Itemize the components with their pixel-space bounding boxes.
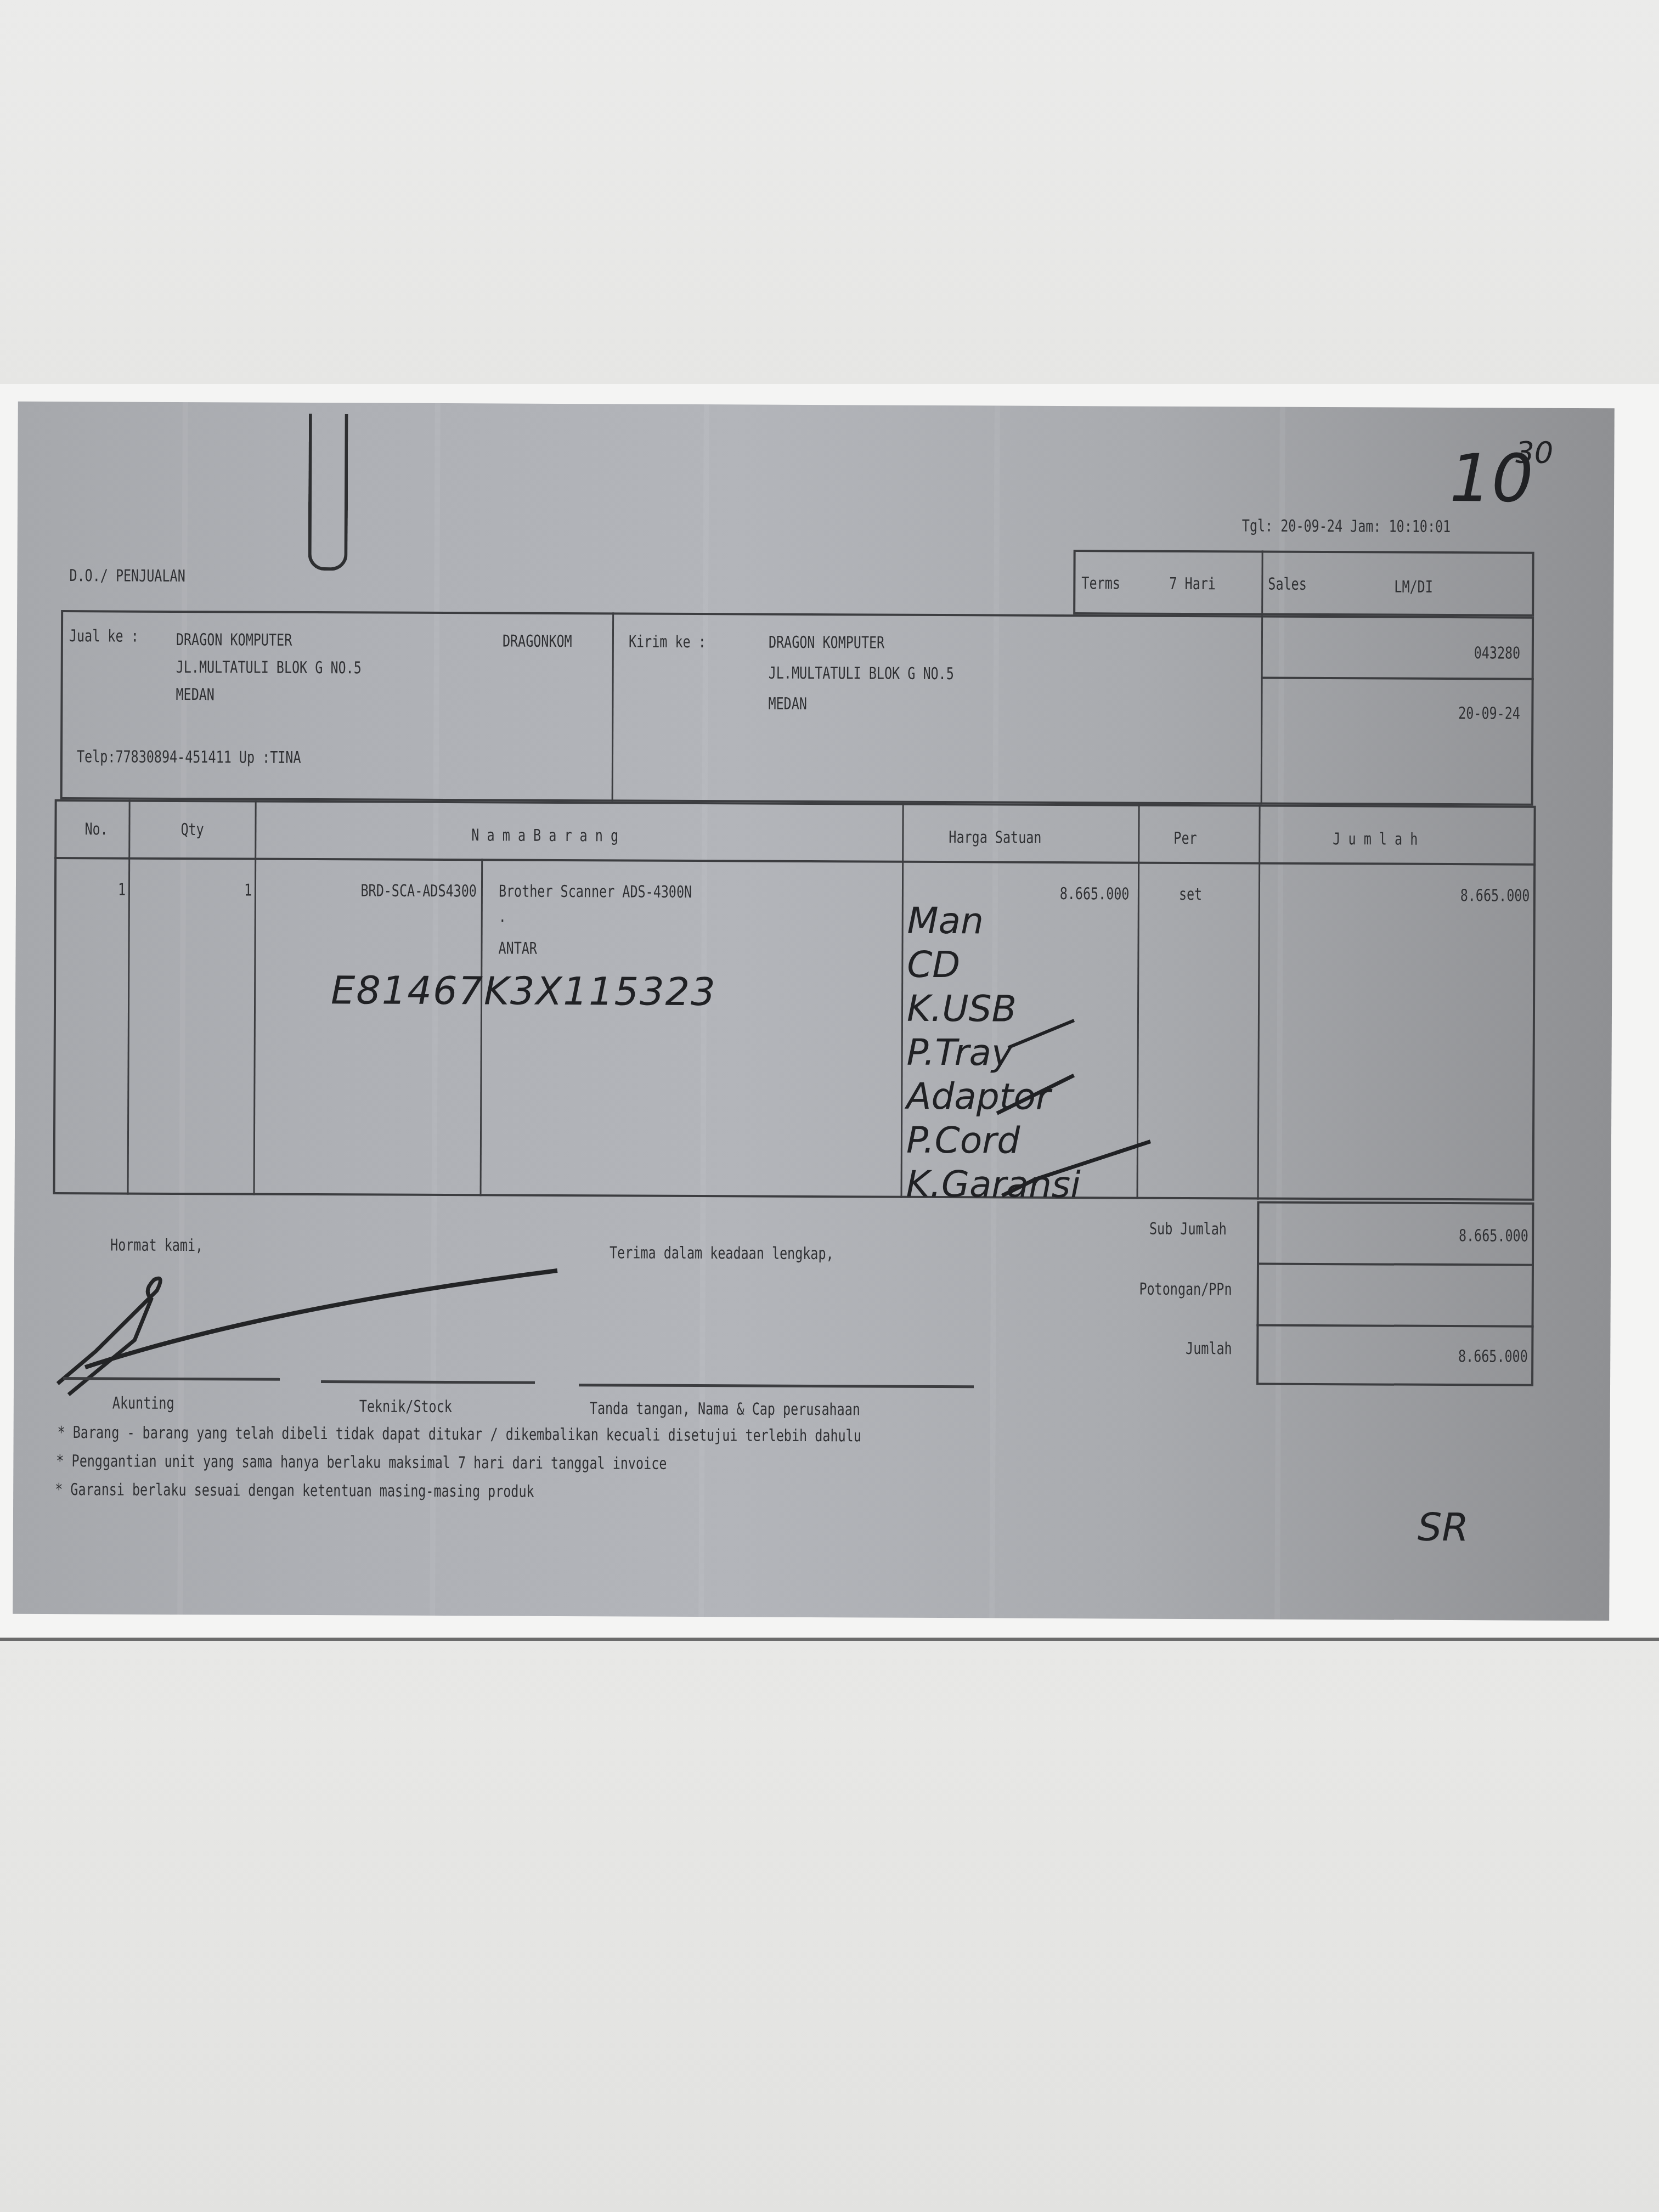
row-amount: 8.665.000 bbox=[1460, 886, 1530, 906]
discount-tax-label: Potongan/PPn bbox=[1139, 1280, 1232, 1300]
sold-to-city: MEDAN bbox=[176, 685, 215, 704]
row-note-dot: . bbox=[499, 907, 506, 926]
subtotal-label: Sub Jumlah bbox=[1149, 1220, 1227, 1239]
handwritten-serial-number: E81467K3X115323 bbox=[331, 968, 716, 1014]
invoice-date: 20-09-24 bbox=[1458, 704, 1520, 723]
accounting-label: Akunting bbox=[112, 1393, 174, 1413]
sold-to-label: Jual ke : bbox=[69, 627, 139, 646]
row-description: Brother Scanner ADS-4300N bbox=[499, 882, 692, 902]
ship-to-label: Kirim ke : bbox=[629, 633, 706, 652]
row-no: 1 bbox=[118, 880, 126, 899]
checklist-item: Man bbox=[907, 899, 1082, 944]
signature-scribble bbox=[47, 1257, 568, 1402]
row-code: BRD-SCA-ADS4300 bbox=[361, 881, 477, 901]
terms-label: Terms bbox=[1081, 574, 1120, 593]
header-per: Per bbox=[1173, 829, 1197, 848]
divider bbox=[1261, 551, 1263, 616]
received-text: Terima dalam keadaan lengkap, bbox=[610, 1243, 834, 1263]
sold-to-name: DRAGON KOMPUTER bbox=[176, 630, 292, 650]
row-qty: 1 bbox=[244, 881, 252, 900]
handwritten-time-superscript: 30 bbox=[1515, 436, 1553, 470]
note-item: * Barang - barang yang telah dibeli tida… bbox=[58, 1423, 861, 1446]
invoice-number: 043280 bbox=[1474, 644, 1520, 663]
header-unit-price: Harga Satuan bbox=[949, 828, 1041, 848]
signature-line-company bbox=[579, 1384, 974, 1388]
header-item-name: N a m a B a r a n g bbox=[471, 826, 618, 845]
checklist-item: CD bbox=[907, 943, 1081, 988]
sales-label: Sales bbox=[1268, 575, 1307, 594]
regards-text: Hormat kami, bbox=[110, 1235, 203, 1255]
sold-to-address: JL.MULTATULI BLOK G NO.5 bbox=[176, 658, 362, 678]
total-label: Jumlah bbox=[1186, 1339, 1232, 1358]
delivery-order-document: 10 30 Tgl: 20-09-24 Jam: 10:10:01 D.O./ … bbox=[13, 402, 1615, 1621]
customer-phone: Telp:77830894-451411 Up :TINA bbox=[77, 747, 301, 768]
date-time-line: Tgl: 20-09-24 Jam: 10:10:01 bbox=[1242, 516, 1451, 537]
subtotal-value: 8.665.000 bbox=[1459, 1226, 1528, 1246]
ship-to-address: JL.MULTATULI BLOK G NO.5 bbox=[769, 664, 954, 684]
check-mark-icon bbox=[991, 1014, 1167, 1223]
sales-value: LM/DI bbox=[1394, 578, 1433, 597]
terms-value: 7 Hari bbox=[1169, 574, 1216, 594]
ship-to-city: MEDAN bbox=[768, 695, 807, 714]
row-note: ANTAR bbox=[498, 939, 537, 958]
note-item: * Penggantian unit yang sama hanya berla… bbox=[56, 1452, 667, 1474]
company-sign-label: Tanda tangan, Nama & Cap perusahaan bbox=[590, 1399, 860, 1419]
ship-to-name: DRAGON KOMPUTER bbox=[769, 633, 884, 653]
note-item: * Garansi berlaku sesuai dengan ketentua… bbox=[55, 1480, 534, 1502]
document-title: D.O./ PENJUALAN bbox=[69, 566, 185, 586]
header-qty: Qty bbox=[180, 820, 204, 839]
row-per: set bbox=[1179, 885, 1202, 904]
paperclip-icon bbox=[308, 414, 348, 571]
header-amount: J u m l a h bbox=[1333, 830, 1418, 849]
technical-stock-label: Teknik/Stock bbox=[359, 1397, 452, 1417]
header-no: No. bbox=[84, 820, 108, 839]
handwritten-initials: SR bbox=[1418, 1505, 1469, 1550]
customer-code: DRAGONKOM bbox=[503, 632, 572, 652]
desk-surface bbox=[0, 1638, 1659, 2212]
total-value: 8.665.000 bbox=[1458, 1347, 1528, 1367]
